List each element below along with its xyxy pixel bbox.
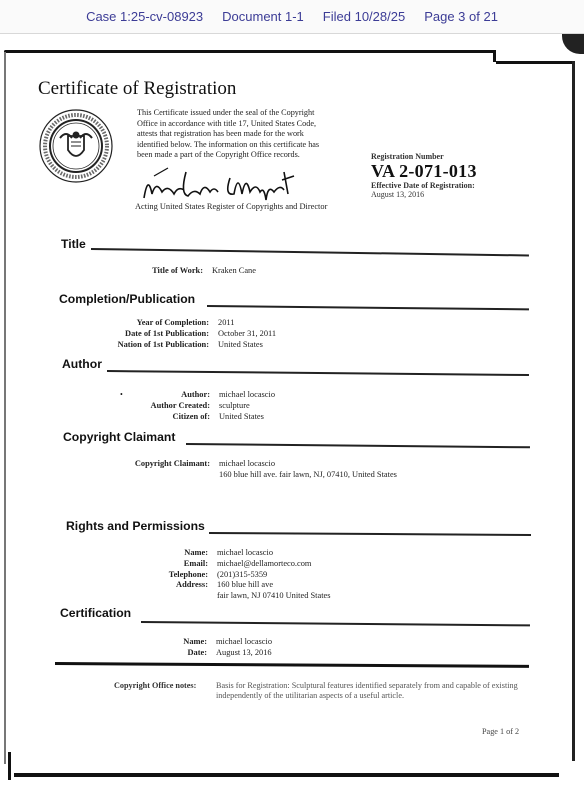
rights-fields: Name: michael locascio Email: michael@de… (60, 548, 331, 602)
field-label: Address: (60, 580, 208, 591)
field-value: 2011 (209, 318, 234, 329)
effective-date: August 13, 2016 (371, 190, 477, 199)
field-label: Author Created: (60, 401, 210, 412)
field-label: Citizen of: (60, 412, 210, 423)
scan-corner-shadow (562, 34, 584, 54)
field-copyright-claimant: Copyright Claimant: michael locascio (60, 459, 397, 470)
intro-line: Office in accordance with title 17, Unit… (137, 119, 365, 130)
field-label (60, 470, 210, 481)
field-certification-name: Name: michael locascio (60, 637, 272, 648)
copyright-office-seal-icon (38, 108, 114, 184)
frame-border-top-right (496, 61, 574, 64)
field-nation-of-first-publication: Nation of 1st Publication: United States (60, 340, 276, 351)
filed-date: Filed 10/28/25 (323, 9, 405, 24)
field-value: United States (210, 412, 264, 423)
intro-line: attests that registration has been made … (137, 129, 365, 140)
field-author-created: Author Created: sculpture (60, 401, 275, 412)
notes-value: Basis for Registration: Sculptural featu… (210, 681, 520, 701)
section-heading-claimant: Copyright Claimant (63, 430, 175, 444)
field-label: Email: (60, 559, 208, 570)
field-rights-telephone: Telephone: (201)315-5359 (60, 570, 331, 581)
certificate-intro: This Certificate issued under the seal o… (137, 108, 365, 161)
field-label: Name: (60, 548, 208, 559)
field-value: michael locascio (210, 390, 275, 401)
frame-border-bottom (14, 773, 559, 777)
registration-block: Registration Number VA 2-071-013 Effecti… (371, 152, 477, 199)
field-value: sculpture (210, 401, 250, 412)
field-rights-email: Email: michael@dellamorteco.com (60, 559, 331, 570)
frame-border-bottom-left (8, 752, 11, 780)
section-heading-title: Title (61, 237, 86, 251)
field-label: Year of Completion: (60, 318, 209, 329)
completion-fields: Year of Completion: 2011 Date of 1st Pub… (60, 318, 276, 350)
author-fields: Author: michael locascio Author Created:… (60, 390, 275, 422)
claimant-fields: Copyright Claimant: michael locascio 160… (60, 459, 397, 481)
frame-border-right (572, 61, 575, 761)
section-heading-author: Author (62, 357, 102, 371)
field-label: Telephone: (60, 570, 208, 581)
notes-label: Copyright Office notes: (114, 681, 210, 701)
field-value: 160 blue hill ave (208, 580, 273, 591)
field-value: michael locascio (207, 637, 272, 648)
field-claimant-address: 160 blue hill ave. fair lawn, NJ, 07410,… (60, 470, 397, 481)
field-rights-address-line2: fair lawn, NJ 07410 United States (60, 591, 331, 602)
certification-fields: Name: michael locascio Date: August 13, … (60, 637, 272, 659)
field-value: fair lawn, NJ 07410 United States (208, 591, 331, 602)
field-citizen-of: Citizen of: United States (60, 412, 275, 423)
copyright-office-notes: Copyright Office notes: Basis for Regist… (114, 681, 520, 701)
field-year-of-completion: Year of Completion: 2011 (60, 318, 276, 329)
field-value: Kraken Cane (203, 266, 256, 277)
section-heading-certification: Certification (60, 606, 131, 620)
field-value: August 13, 2016 (207, 648, 272, 659)
field-value: United States (209, 340, 263, 351)
field-certification-date: Date: August 13, 2016 (60, 648, 272, 659)
field-label: Date: (60, 648, 207, 659)
effective-date-label: Effective Date of Registration: (371, 181, 477, 190)
frame-border-step (488, 50, 496, 62)
frame-border-top (4, 50, 490, 53)
field-title-of-work: Title of Work: Kraken Cane (98, 266, 256, 277)
field-label: Nation of 1st Publication: (60, 340, 209, 351)
intro-line: been made a part of the Copyright Office… (137, 150, 365, 161)
field-label: Date of 1st Publication: (60, 329, 209, 340)
certificate-title: Certificate of Registration (38, 78, 236, 100)
section-heading-rights: Rights and Permissions (66, 519, 205, 533)
field-rights-name: Name: michael locascio (60, 548, 331, 559)
field-label (60, 591, 208, 602)
field-value: michael locascio (210, 459, 275, 470)
field-label: Title of Work: (98, 266, 203, 277)
field-date-of-first-publication: Date of 1st Publication: October 31, 201… (60, 329, 276, 340)
field-value: October 31, 2011 (209, 329, 276, 340)
registration-number-label: Registration Number (371, 152, 477, 161)
intro-line: This Certificate issued under the seal o… (137, 108, 365, 119)
field-label: Copyright Claimant: (60, 459, 210, 470)
signer-title: Acting United States Register of Copyrig… (135, 202, 327, 211)
case-number: Case 1:25-cv-08923 (86, 9, 203, 24)
intro-line: identified below. The information on thi… (137, 140, 365, 151)
court-filing-header: Case 1:25-cv-08923 Document 1-1 Filed 10… (0, 0, 584, 34)
page-indicator: Page 3 of 21 (424, 9, 498, 24)
field-value: michael@dellamorteco.com (208, 559, 311, 570)
section-heading-completion: Completion/Publication (59, 292, 195, 306)
field-value: michael locascio (208, 548, 273, 559)
field-label: Name: (60, 637, 207, 648)
field-rights-address: Address: 160 blue hill ave (60, 580, 331, 591)
field-value: 160 blue hill ave. fair lawn, NJ, 07410,… (210, 470, 397, 481)
document-number: Document 1-1 (222, 9, 304, 24)
registration-number: VA 2-071-013 (371, 161, 477, 181)
frame-border-left (4, 52, 6, 764)
field-label: Author: (60, 390, 210, 401)
certificate-page-number: Page 1 of 2 (482, 727, 519, 736)
field-author: Author: michael locascio (60, 390, 275, 401)
field-value: (201)315-5359 (208, 570, 267, 581)
